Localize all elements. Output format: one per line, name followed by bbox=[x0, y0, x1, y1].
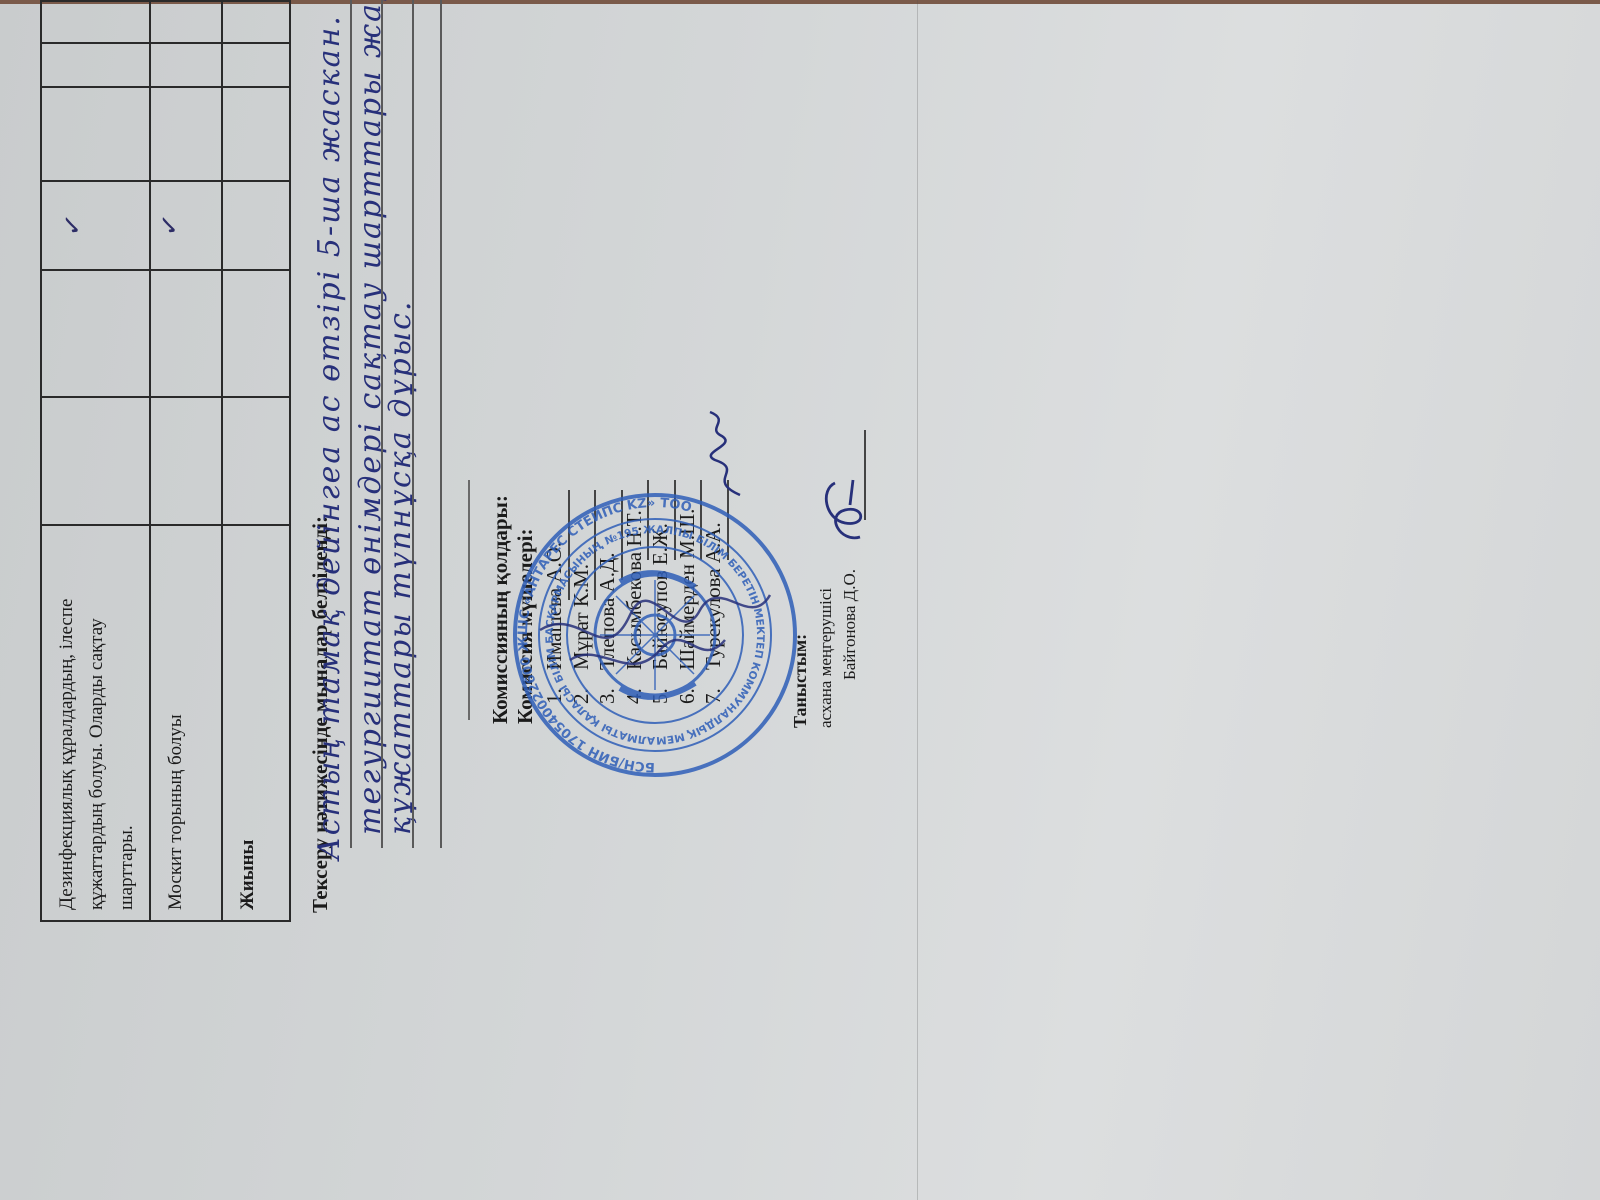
acknowledgement-title: Таныстым: bbox=[790, 634, 811, 728]
cell bbox=[222, 398, 290, 525]
cell bbox=[41, 270, 150, 397]
rule-line bbox=[412, 0, 414, 848]
rule-line bbox=[350, 0, 352, 848]
head-name: Байгонова Д.О. bbox=[840, 569, 860, 680]
cell bbox=[150, 398, 222, 525]
table-row: Жиыны bbox=[222, 1, 290, 921]
rule-line bbox=[468, 480, 470, 720]
cell bbox=[41, 1, 150, 43]
cell bbox=[222, 270, 290, 397]
official-stamp-icon: БСН/БИН 170540022600 ЖШС «АНТАРЕС СТЕЙПС… bbox=[510, 490, 800, 780]
signature-icon bbox=[815, 475, 870, 545]
head-role: асхана меңгерушісі bbox=[816, 588, 836, 728]
checkmark-icon: ✓ bbox=[153, 212, 186, 239]
cell bbox=[150, 87, 222, 181]
cell bbox=[41, 43, 150, 87]
cell bbox=[41, 87, 150, 181]
cell bbox=[222, 43, 290, 87]
document-page: Дезинфекциялық құралдардың, ілеспе құжат… bbox=[0, 0, 1600, 1200]
inspection-table: Дезинфекциялық құралдардың, ілеспе құжат… bbox=[40, 0, 291, 922]
row-label: Дезинфекциялық құралдардың, ілеспе құжат… bbox=[41, 525, 150, 921]
checkmark-icon: ✓ bbox=[56, 212, 89, 239]
cell bbox=[150, 1, 222, 43]
rule-line bbox=[440, 0, 442, 848]
handwritten-line-1: Астың тамақ дейінгеа ас өтзірі 5-ша жаск… bbox=[312, 14, 347, 860]
cell bbox=[222, 1, 290, 43]
cell bbox=[222, 87, 290, 181]
cell-check: ✓ bbox=[41, 181, 150, 270]
cell bbox=[150, 270, 222, 397]
row-label-total: Жиыны bbox=[222, 525, 290, 921]
cell bbox=[150, 43, 222, 87]
table-row: Дезинфекциялық құралдардың, ілеспе құжат… bbox=[41, 1, 150, 921]
signature-icon bbox=[700, 410, 750, 500]
cell bbox=[222, 181, 290, 270]
cell-check: ✓ bbox=[150, 181, 222, 270]
cell bbox=[41, 398, 150, 525]
row-label: Москит торының болуы bbox=[150, 525, 222, 921]
table-row: Москит торының болуы ✓ bbox=[150, 1, 222, 921]
fold-line bbox=[917, 0, 918, 1200]
